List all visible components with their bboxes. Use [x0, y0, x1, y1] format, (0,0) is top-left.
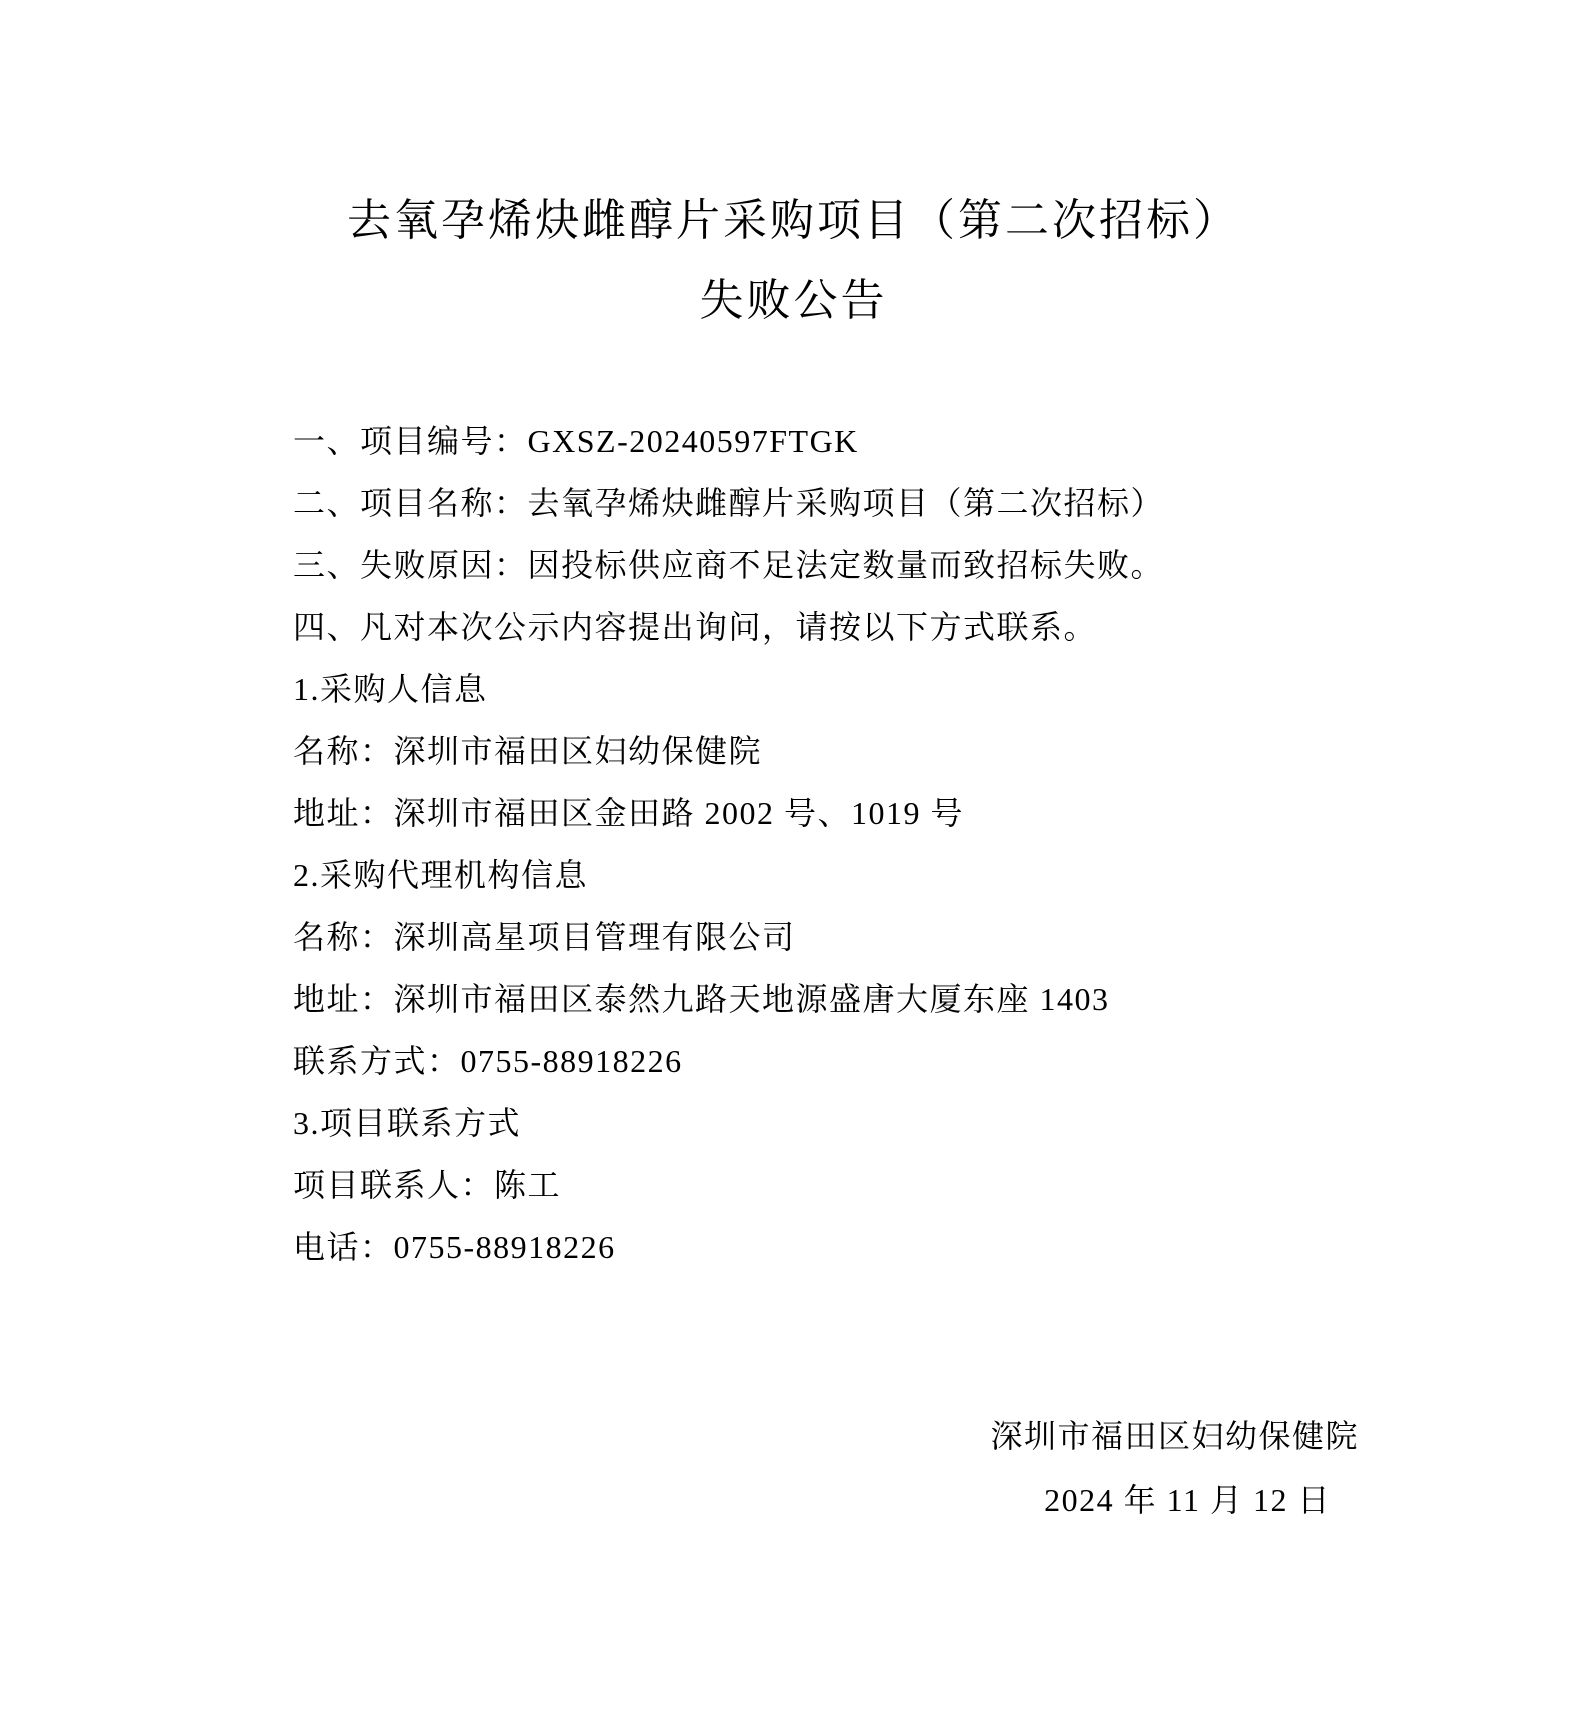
body-line-project-name: 二、项目名称：去氧孕烯炔雌醇片采购项目（第二次招标）: [293, 472, 1467, 534]
body-line-contact-heading: 3.项目联系方式: [293, 1092, 1467, 1154]
title-line-announcement: 失败公告: [0, 261, 1587, 341]
signature-block: 深圳市福田区妇幼保健院 2024 年 11 月 12 日: [0, 1404, 1359, 1532]
body-line-contact-person: 项目联系人：陈工: [293, 1154, 1467, 1216]
body-line-failure-reason: 三、失败原因：因投标供应商不足法定数量而致招标失败。: [293, 534, 1467, 596]
body-line-project-number: 一、项目编号：GXSZ-20240597FTGK: [293, 410, 1467, 472]
body-line-purchaser-heading: 1.采购人信息: [293, 658, 1467, 720]
document-title: 去氧孕烯炔雌醇片采购项目（第二次招标） 失败公告: [0, 0, 1587, 341]
signature-date: 2024 年 11 月 12 日: [0, 1468, 1359, 1532]
document-page: 去氧孕烯炔雌醇片采购项目（第二次招标） 失败公告 一、项目编号：GXSZ-202…: [0, 0, 1587, 1714]
body-line-agency-contact: 联系方式：0755-88918226: [293, 1030, 1467, 1092]
document-body: 一、项目编号：GXSZ-20240597FTGK 二、项目名称：去氧孕烯炔雌醇片…: [293, 410, 1467, 1278]
body-line-inquiry-note: 四、凡对本次公示内容提出询问，请按以下方式联系。: [293, 596, 1467, 658]
body-line-agency-name: 名称：深圳高星项目管理有限公司: [293, 906, 1467, 968]
body-line-agency-address: 地址：深圳市福田区泰然九路天地源盛唐大厦东座 1403: [293, 968, 1467, 1030]
title-line-project: 去氧孕烯炔雌醇片采购项目（第二次招标）: [0, 181, 1587, 261]
body-line-purchaser-name: 名称：深圳市福田区妇幼保健院: [293, 720, 1467, 782]
body-line-purchaser-address: 地址：深圳市福田区金田路 2002 号、1019 号: [293, 782, 1467, 844]
body-line-agency-heading: 2.采购代理机构信息: [293, 844, 1467, 906]
signature-organization: 深圳市福田区妇幼保健院: [0, 1404, 1359, 1468]
body-line-contact-phone: 电话：0755-88918226: [293, 1216, 1467, 1278]
